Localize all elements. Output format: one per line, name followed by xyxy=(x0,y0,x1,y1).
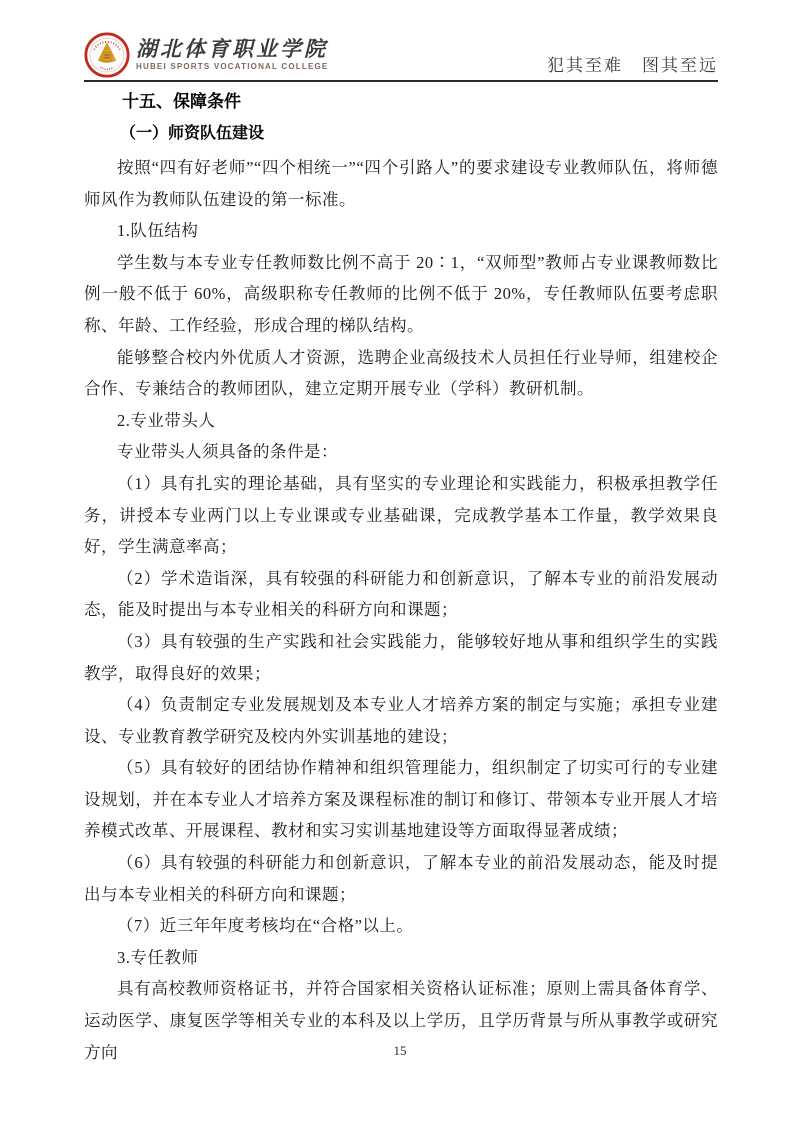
college-name-en: HUBEI SPORTS VOCATIONAL COLLEGE xyxy=(136,61,328,72)
college-seal-icon xyxy=(84,32,130,78)
subsection-title: （一）师资队伍建设 xyxy=(120,118,718,150)
list-heading: 1.队伍结构 xyxy=(84,215,718,247)
paragraph: （4）负责制定专业发展规划及本专业人才培养方案的制定与实施；承担专业建设、专业教… xyxy=(84,689,718,752)
paragraph: 能够整合校内外优质人才资源，选聘企业高级技术人员担任行业导师，组建校企合作、专兼… xyxy=(84,342,718,405)
list-heading: 3.专任教师 xyxy=(84,942,718,974)
paragraph: （6）具有较强的科研能力和创新意识，了解本专业的前沿发展动态，能及时提出与本专业… xyxy=(84,847,718,910)
paragraph: 专业带头人须具备的条件是： xyxy=(84,436,718,468)
section-title: 十五、保障条件 xyxy=(122,86,718,118)
college-name-cn: 湖北体育职业学院 xyxy=(136,37,328,61)
list-heading: 2.专业带头人 xyxy=(84,405,718,437)
college-brand: 湖北体育职业学院 HUBEI SPORTS VOCATIONAL COLLEGE xyxy=(84,30,328,78)
header-motto: 犯其至难 图其至远 xyxy=(547,51,718,80)
document-page: 湖北体育职业学院 HUBEI SPORTS VOCATIONAL COLLEGE… xyxy=(0,0,800,1131)
paragraph: 学生数与本专业专任教师数比例不高于 20∶1，“双师型”教师占专业课教师数比例一… xyxy=(84,247,718,342)
page-header: 湖北体育职业学院 HUBEI SPORTS VOCATIONAL COLLEGE… xyxy=(84,30,718,82)
paragraph-list: 按照“四有好老师”“四个相统一”“四个引路人”的要求建设专业教师队伍，将师德师风… xyxy=(84,152,718,1068)
paragraph: （1）具有扎实的理论基础，具有坚实的专业理论和实践能力，积极承担教学任务，讲授本… xyxy=(84,468,718,563)
college-name-block: 湖北体育职业学院 HUBEI SPORTS VOCATIONAL COLLEGE xyxy=(136,37,328,72)
paragraph: 按照“四有好老师”“四个相统一”“四个引路人”的要求建设专业教师队伍，将师德师风… xyxy=(84,152,718,215)
paragraph: （7）近三年年度考核均在“合格”以上。 xyxy=(84,910,718,942)
paragraph: （5）具有较好的团结协作精神和组织管理能力，组织制定了切实可行的专业建设规划，并… xyxy=(84,752,718,847)
paragraph: （2）学术造诣深，具有较强的科研能力和创新意识，了解本专业的前沿发展动态，能及时… xyxy=(84,563,718,626)
document-content: 十五、保障条件 （一）师资队伍建设 按照“四有好老师”“四个相统一”“四个引路人… xyxy=(84,86,718,1068)
paragraph: （3）具有较强的生产实践和社会实践能力，能够较好地从事和组织学生的实践教学，取得… xyxy=(84,626,718,689)
page-number: 15 xyxy=(0,1043,800,1059)
